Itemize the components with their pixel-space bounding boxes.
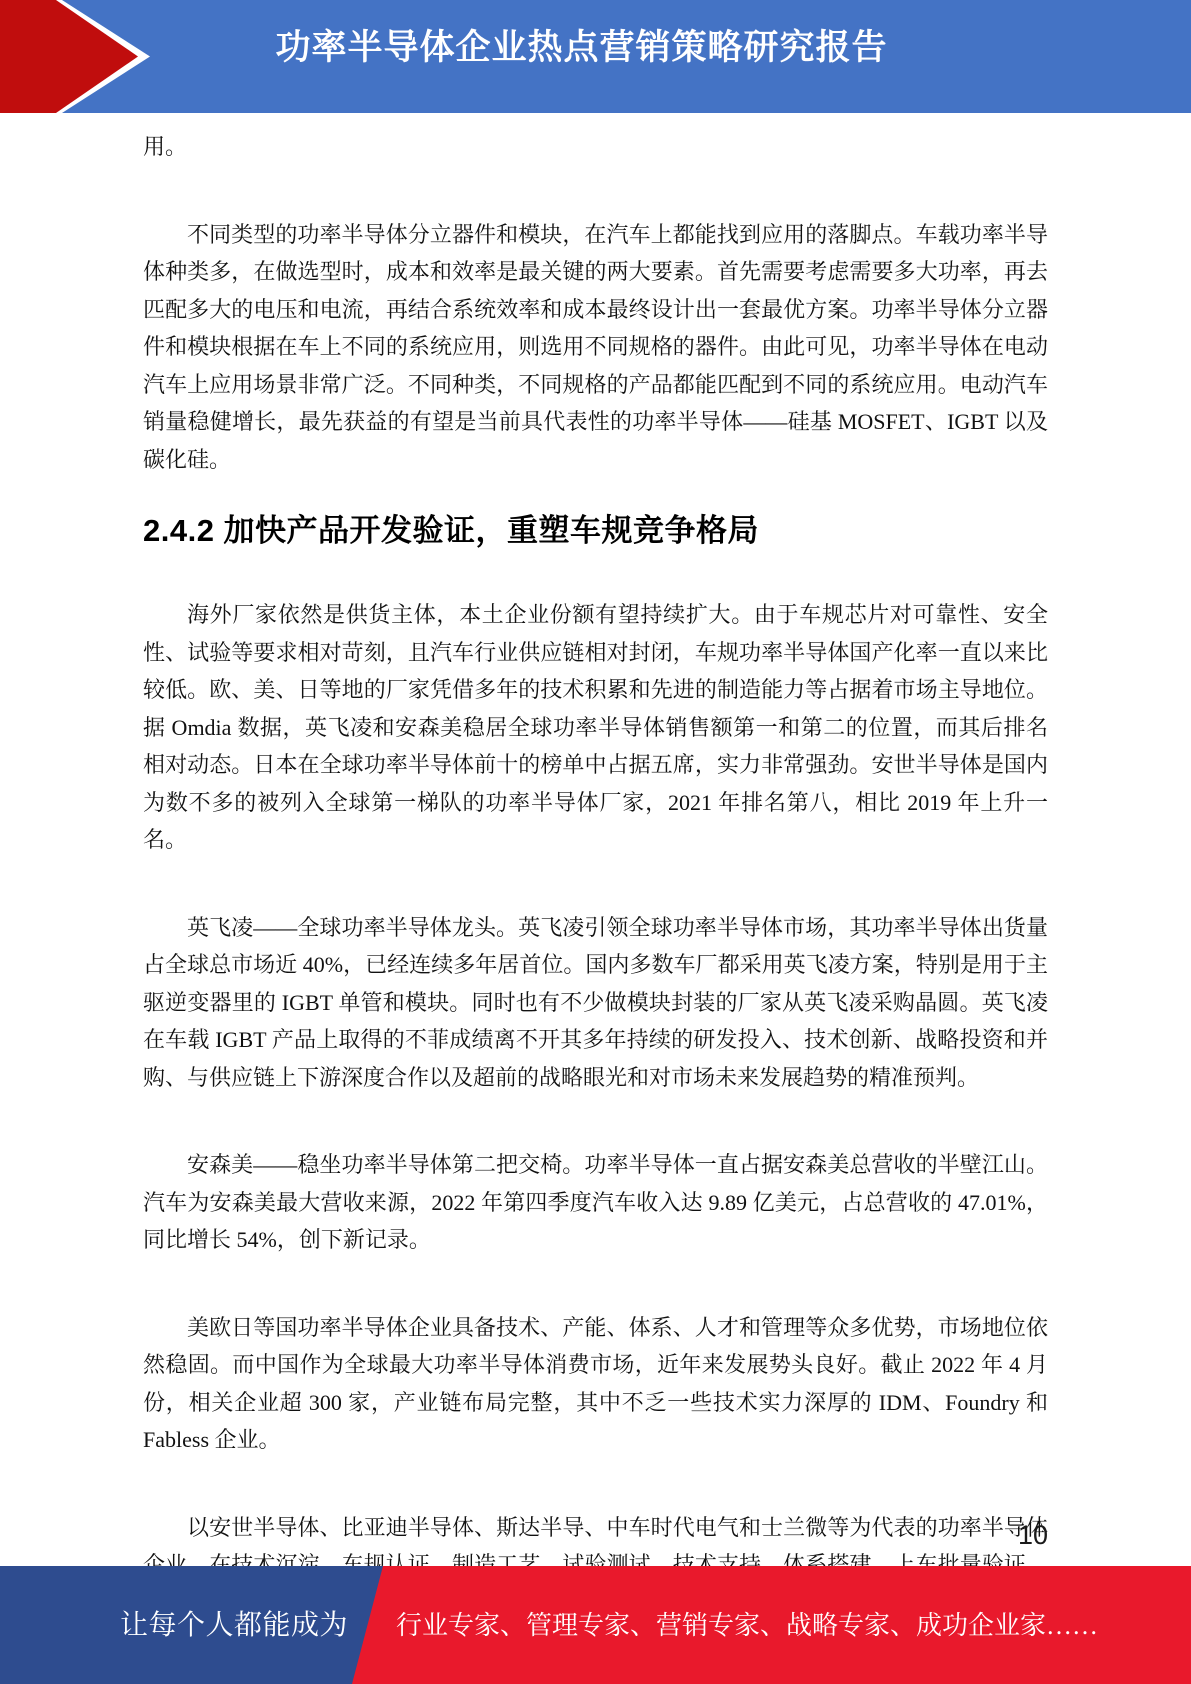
section-heading: 2.4.2 加快产品开发验证，重塑车规竞争格局 (143, 510, 1048, 552)
page-content: 用。 不同类型的功率半导体分立器件和模块，在汽车上都能找到应用的落脚点。车载功率… (0, 113, 1191, 1671)
document-page: 功率半导体企业热点营销策略研究报告 用。 不同类型的功率半导体分立器件和模块，在… (0, 0, 1191, 1684)
footer-slogan-right: 行业专家、管理专家、营销专家、战略专家、成功企业家…… (396, 1611, 1098, 1641)
report-header-banner: 功率半导体企业热点营销策略研究报告 (0, 0, 1191, 113)
paragraph-onsemi: 安森美——稳坐功率半导体第二把交椅。功率半导体一直占据安森美总营收的半壁江山。汽… (143, 1146, 1048, 1259)
footer-slogan-left: 让每个人都能成为 (120, 1610, 348, 1642)
paragraph-global-advantage: 美欧日等国功率半导体企业具备技术、产能、体系、人才和管理等众多优势，市场地位依然… (143, 1309, 1048, 1459)
page-number: 10 (1018, 1518, 1048, 1552)
paragraph-continuation-fragment: 用。 (143, 128, 1048, 166)
footer-banner: 让每个人都能成为 行业专家、管理专家、营销专家、战略专家、成功企业家…… (0, 1566, 1191, 1684)
header-arrow-icon (0, 0, 160, 113)
paragraph-infineon: 英飞凌——全球功率半导体龙头。英飞凌引领全球功率半导体市场，其功率半导体出货量占… (143, 909, 1048, 1097)
paragraph-overseas-suppliers: 海外厂家依然是供货主体，本土企业份额有望持续扩大。由于车规芯片对可靠性、安全性、… (143, 596, 1048, 859)
report-title: 功率半导体企业热点营销策略研究报告 (275, 28, 887, 68)
paragraph-overview: 不同类型的功率半导体分立器件和模块，在汽车上都能找到应用的落脚点。车载功率半导体… (143, 216, 1048, 479)
